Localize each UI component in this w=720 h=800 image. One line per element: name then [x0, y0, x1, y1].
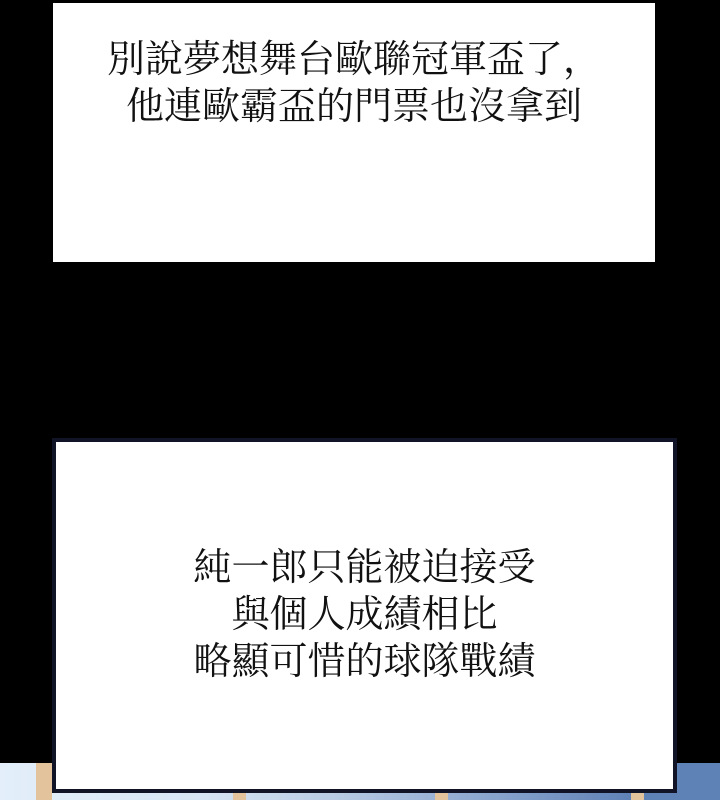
caption-panel-top: 別說夢想舞台歐聯冠軍盃了， 他連歐霸盃的門票也沒拿到 — [52, 2, 656, 263]
caption-text-top: 別說夢想舞台歐聯冠軍盃了， 他連歐霸盃的門票也沒拿到 — [53, 3, 655, 131]
comic-page: 別說夢想舞台歐聯冠軍盃了， 他連歐霸盃的門票也沒拿到 純一郎只能被迫接受 與個人… — [0, 0, 720, 800]
caption-line: 他連歐霸盃的門票也沒拿到 — [53, 84, 655, 131]
caption-text-bottom: 純一郎只能被迫接受 與個人成績相比 略顯可惜的球隊戰績 — [56, 545, 673, 686]
window-frame-bar — [36, 763, 52, 800]
caption-panel-bottom: 純一郎只能被迫接受 與個人成績相比 略顯可惜的球隊戰績 — [52, 438, 677, 793]
caption-line: 純一郎只能被迫接受 — [56, 545, 673, 592]
caption-line: 別說夢想舞台歐聯冠軍盃了， — [53, 37, 655, 84]
caption-line: 略顯可惜的球隊戰績 — [56, 639, 673, 686]
caption-line: 與個人成績相比 — [56, 592, 673, 639]
